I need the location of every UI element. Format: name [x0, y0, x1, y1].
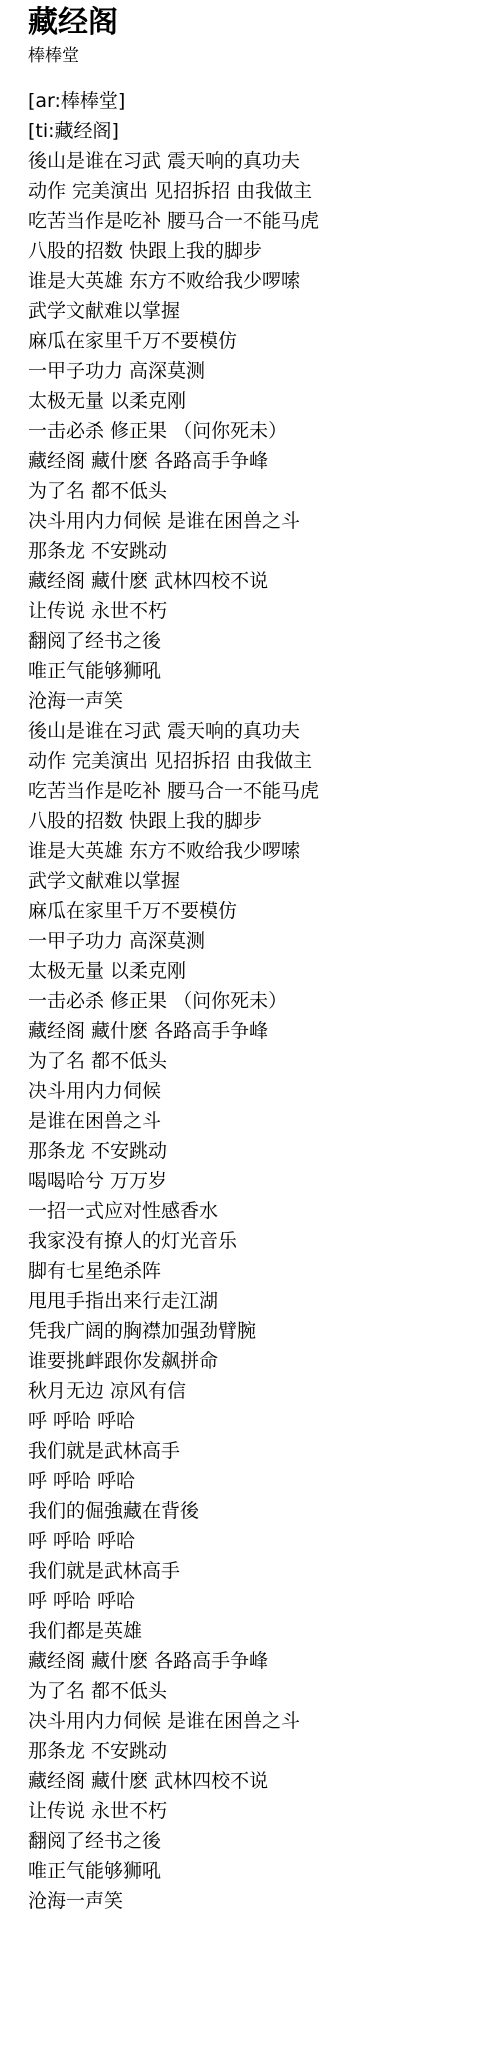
- lyric-line: 沧海一声笑: [28, 1886, 490, 1916]
- lyric-line: 藏经阁 藏什麽 武林四校不说: [28, 1766, 490, 1796]
- artist-name: 棒棒堂: [28, 46, 490, 66]
- lyric-line: 吃苦当作是吃补 腰马合一不能马虎: [28, 206, 490, 236]
- lyric-line: 翻阅了经书之後: [28, 626, 490, 656]
- lyric-line: 谁是大英雄 东方不败给我少啰嗦: [28, 266, 490, 296]
- lyric-line: 我家没有撩人的灯光音乐: [28, 1226, 490, 1256]
- lyric-line: 麻瓜在家里千万不要模仿: [28, 896, 490, 926]
- lyric-line: 八股的招数 快跟上我的脚步: [28, 236, 490, 266]
- lyric-line: 藏经阁 藏什麽 各路高手争峰: [28, 1016, 490, 1046]
- lyric-line: 麻瓜在家里千万不要模仿: [28, 326, 490, 356]
- lyric-line: 让传说 永世不朽: [28, 596, 490, 626]
- lyric-line: 呼 呼哈 呼哈: [28, 1406, 490, 1436]
- lyric-line: 让传说 永世不朽: [28, 1796, 490, 1826]
- lyrics-block: 後山是谁在习武 震天响的真功夫动作 完美演出 见招拆招 由我做主吃苦当作是吃补 …: [28, 146, 490, 1916]
- lyric-line: 决斗用内力伺候 是谁在困兽之斗: [28, 1706, 490, 1736]
- lyric-line: 武学文献难以掌握: [28, 296, 490, 326]
- lyric-line: 翻阅了经书之後: [28, 1826, 490, 1856]
- lyric-line: 一招一式应对性感香水: [28, 1196, 490, 1226]
- lyric-line: 秋月无边 凉风有信: [28, 1376, 490, 1406]
- lyric-line: 一甲子功力 高深莫测: [28, 356, 490, 386]
- lyric-line: 脚有七星绝杀阵: [28, 1256, 490, 1286]
- lyric-line: 那条龙 不安跳动: [28, 536, 490, 566]
- lyric-line: 後山是谁在习武 震天响的真功夫: [28, 146, 490, 176]
- lyric-line: 呼 呼哈 呼哈: [28, 1586, 490, 1616]
- lyric-line: 为了名 都不低头: [28, 1676, 490, 1706]
- lyric-line: 决斗用内力伺候: [28, 1076, 490, 1106]
- lyric-line: 太极无量 以柔克刚: [28, 956, 490, 986]
- lyric-line: 动作 完美演出 见招拆招 由我做主: [28, 176, 490, 206]
- lyric-line: 我们就是武林高手: [28, 1436, 490, 1466]
- lyric-line: 八股的招数 快跟上我的脚步: [28, 806, 490, 836]
- lyric-line: 武学文献难以掌握: [28, 866, 490, 896]
- meta-lines-block: [ar:棒棒堂][ti:藏经阁]: [28, 86, 490, 146]
- lyric-line: 是谁在困兽之斗: [28, 1106, 490, 1136]
- lyric-line: 凭我广阔的胸襟加强劲臂腕: [28, 1316, 490, 1346]
- meta-line: [ar:棒棒堂]: [28, 86, 490, 116]
- lyric-line: 吃苦当作是吃补 腰马合一不能马虎: [28, 776, 490, 806]
- lyric-line: 那条龙 不安跳动: [28, 1736, 490, 1766]
- lyric-line: 一击必杀 修正果 （问你死未）: [28, 416, 490, 446]
- meta-line: [ti:藏经阁]: [28, 116, 490, 146]
- lyric-line: 为了名 都不低头: [28, 476, 490, 506]
- lyric-line: 藏经阁 藏什麽 各路高手争峰: [28, 1646, 490, 1676]
- lyrics-page: 藏经阁 棒棒堂 [ar:棒棒堂][ti:藏经阁] 後山是谁在习武 震天响的真功夫…: [0, 0, 500, 2050]
- lyric-line: 决斗用内力伺候 是谁在困兽之斗: [28, 506, 490, 536]
- lyric-line: 一甲子功力 高深莫测: [28, 926, 490, 956]
- lyric-line: 我们都是英雄: [28, 1616, 490, 1646]
- lyric-line: 那条龙 不安跳动: [28, 1136, 490, 1166]
- lyric-line: 一击必杀 修正果 （问你死未）: [28, 986, 490, 1016]
- lyric-line: 为了名 都不低头: [28, 1046, 490, 1076]
- lyric-line: 我们的倔強藏在背後: [28, 1496, 490, 1526]
- lyric-line: 藏经阁 藏什麽 武林四校不说: [28, 566, 490, 596]
- lyric-line: 我们就是武林高手: [28, 1556, 490, 1586]
- song-title: 藏经阁: [28, 6, 490, 40]
- lyric-line: 後山是谁在习武 震天响的真功夫: [28, 716, 490, 746]
- lyric-line: 唯正气能够狮吼: [28, 656, 490, 686]
- lyric-line: 太极无量 以柔克刚: [28, 386, 490, 416]
- lyric-line: 动作 完美演出 见招拆招 由我做主: [28, 746, 490, 776]
- lyric-line: 沧海一声笑: [28, 686, 490, 716]
- lyric-line: 呼 呼哈 呼哈: [28, 1526, 490, 1556]
- lyric-line: 甩甩手指出来行走江湖: [28, 1286, 490, 1316]
- lyric-line: 唯正气能够狮吼: [28, 1856, 490, 1886]
- lyric-line: 藏经阁 藏什麽 各路高手争峰: [28, 446, 490, 476]
- lyric-line: 喝喝哈兮 万万岁: [28, 1166, 490, 1196]
- lyric-line: 谁要挑衅跟你发飙拼命: [28, 1346, 490, 1376]
- lyric-line: 谁是大英雄 东方不败给我少啰嗦: [28, 836, 490, 866]
- lyric-line: 呼 呼哈 呼哈: [28, 1466, 490, 1496]
